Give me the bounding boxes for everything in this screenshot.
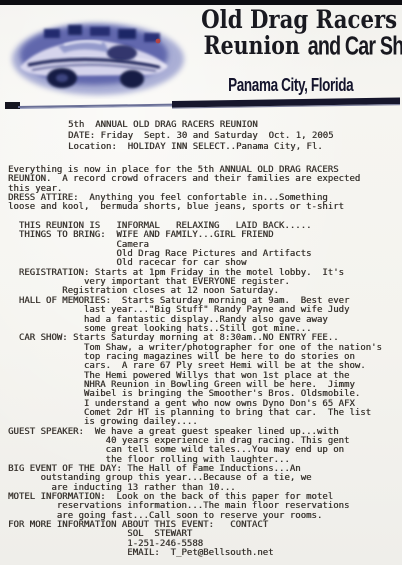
page-title-line1: Old Drag Racers: [201, 7, 384, 33]
divider-rule: [0, 97, 402, 113]
location-subtitle: Panama City, Florida: [228, 75, 353, 96]
text-line: REUNION. A record crowd ofracers and the…: [8, 175, 382, 184]
drag-car-illustration: [6, 11, 190, 99]
text-line: EMAIL: T_Pet@Bellsouth.net: [8, 549, 382, 558]
flyer-header: Old Drag Racers Reunion and Car Show Pan…: [0, 5, 402, 99]
title-word-reunion: Reunion: [204, 31, 300, 60]
text-line: 5th ANNUAL OLD DRAG RACERS REUNION: [68, 120, 334, 131]
text-line: Location: HOLIDAY INN SELECT..Panama Cit…: [68, 142, 334, 153]
text-line: loose and kool, bermuda shorts, blue jea…: [8, 203, 382, 212]
title-words-and-car-show: and Car Show: [308, 33, 402, 61]
letterhead-title-block: Old Drag Racers Reunion and Car Show Pan…: [185, 7, 400, 96]
drag-car-image: [6, 11, 190, 99]
flyer-body-text: Everything is now in place for the 5th A…: [8, 166, 382, 558]
event-summary-block: 5th ANNUAL OLD DRAG RACERS REUNIONDATE: …: [68, 120, 334, 153]
divider-line-art: [0, 97, 402, 113]
scanned-flyer-page: Old Drag Racers Reunion and Car Show Pan…: [0, 0, 402, 565]
page-title-line2: Reunion and Car Show: [204, 33, 380, 62]
text-line: DATE: Friday Sept. 30 and Saturday Oct. …: [68, 131, 334, 142]
